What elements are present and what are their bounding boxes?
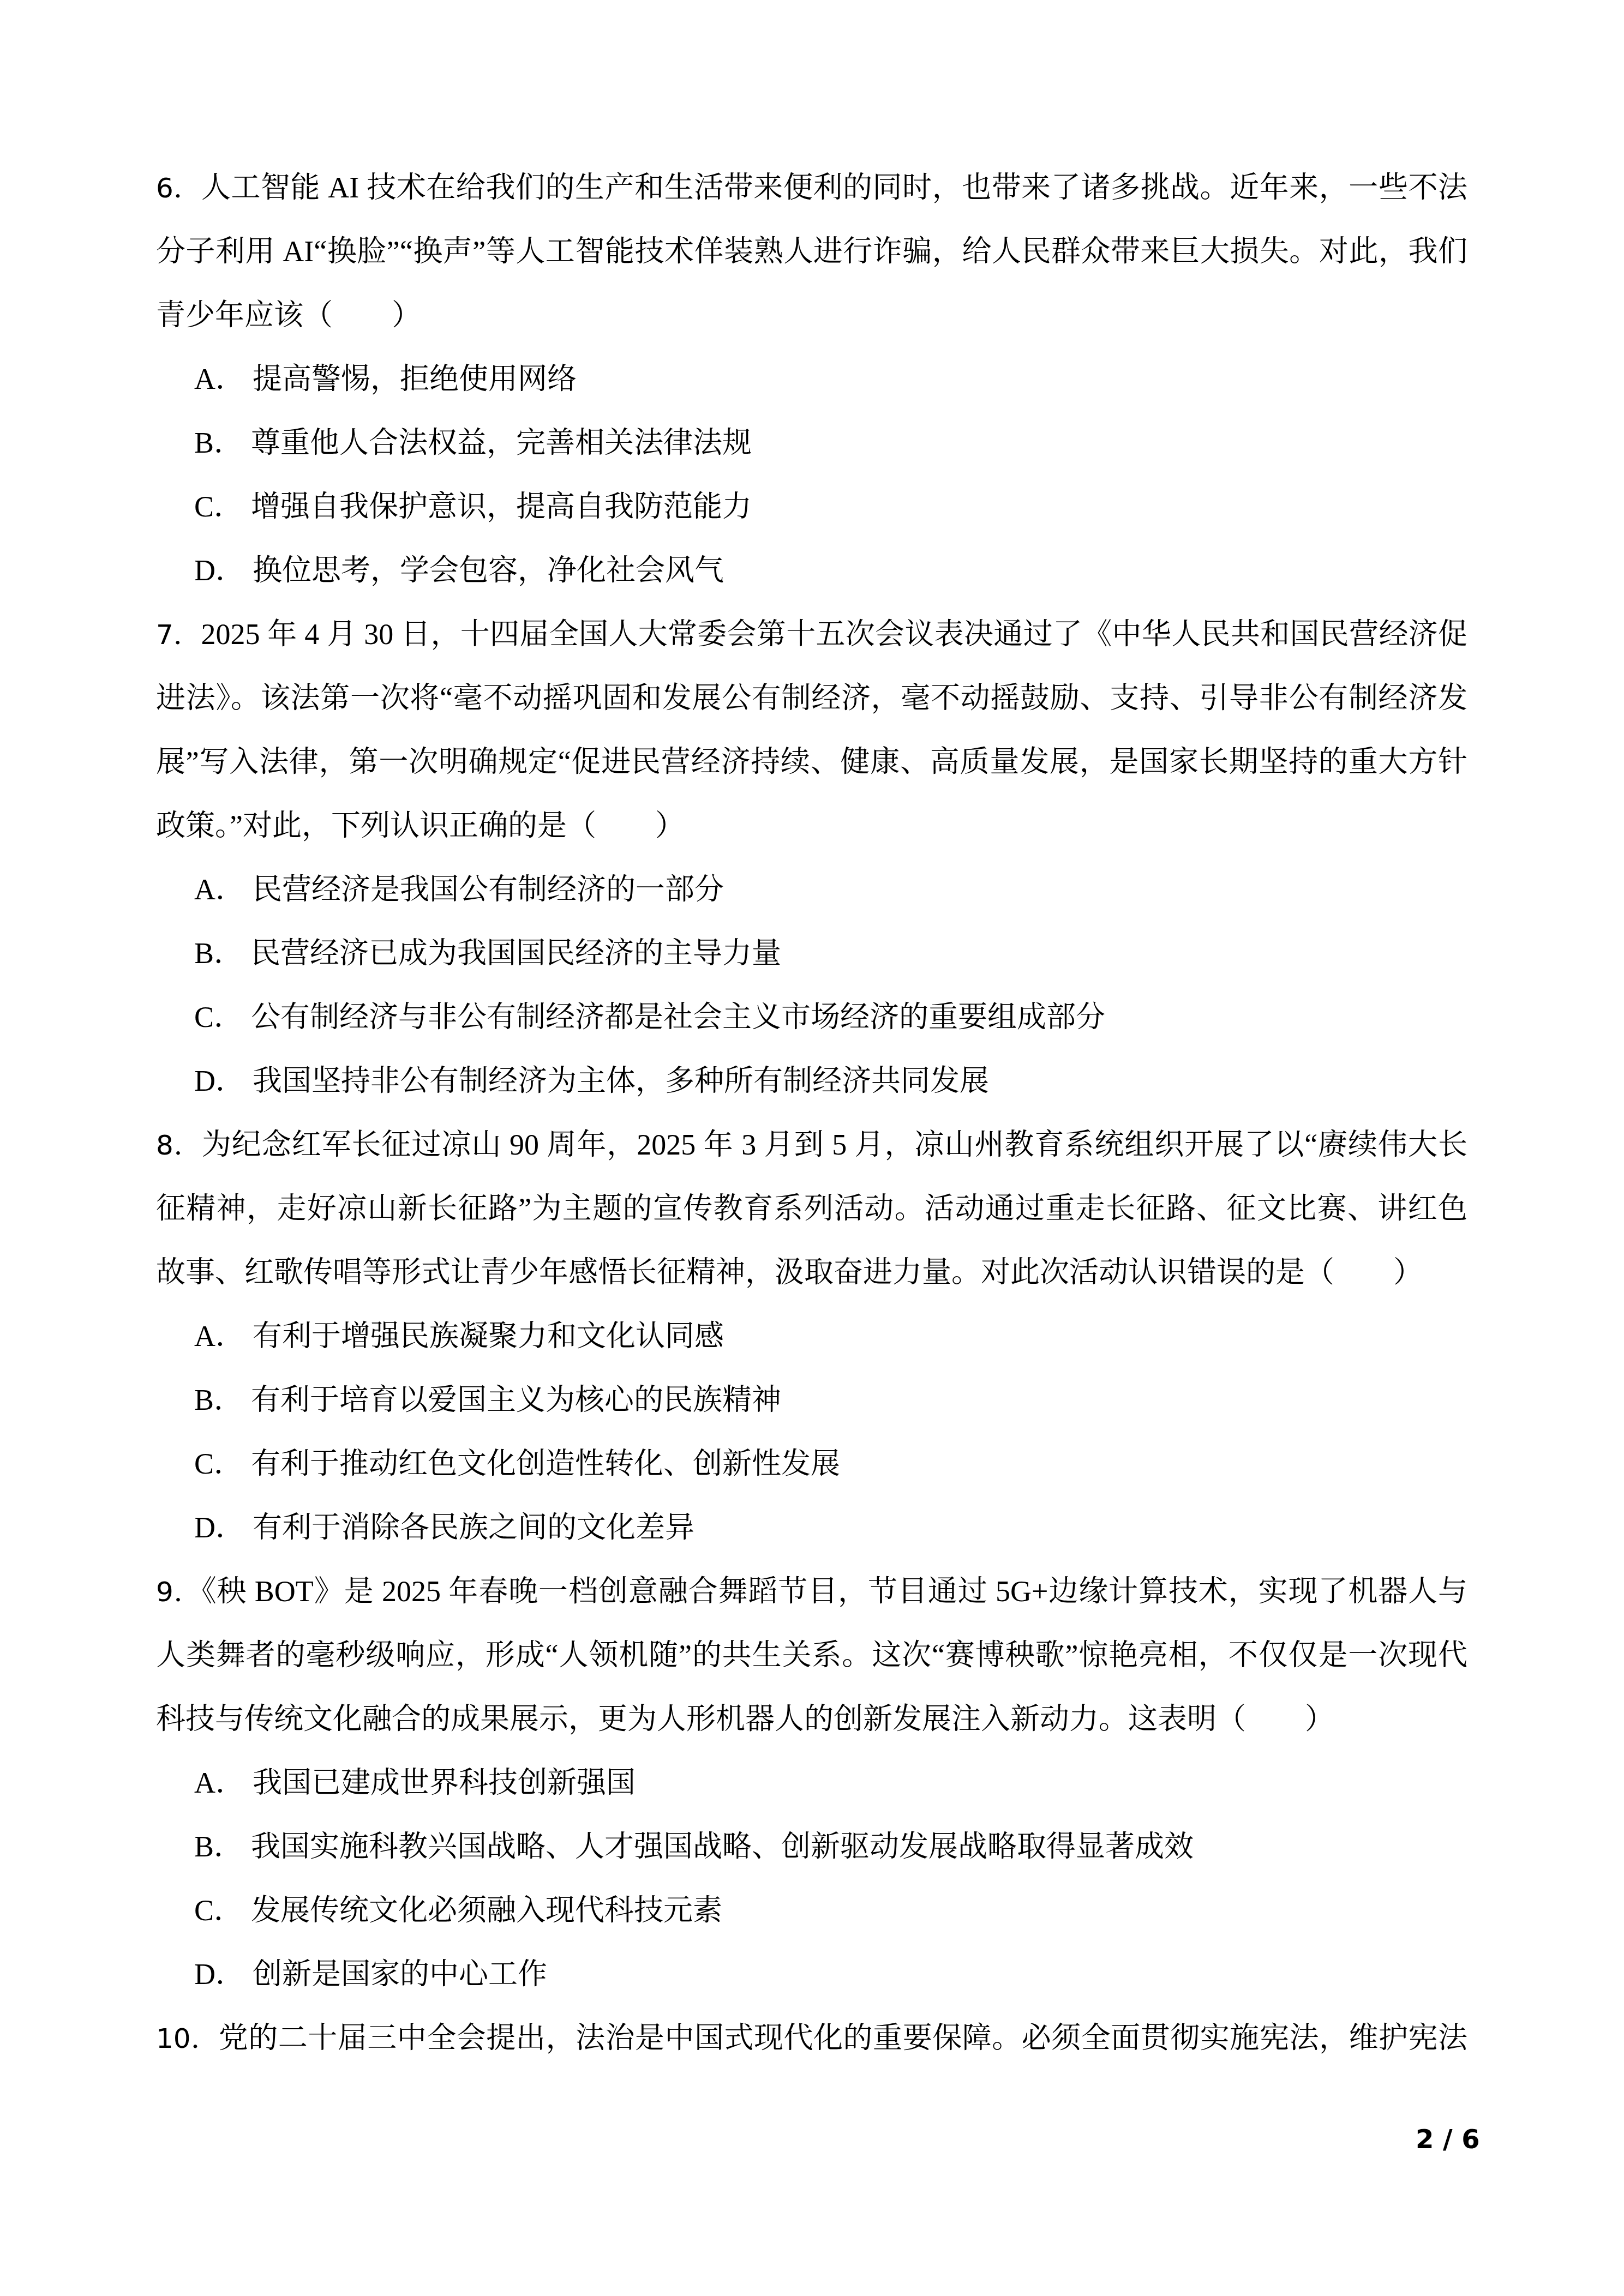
option-text: 创新是国家的中心工作 [253, 1958, 547, 1991]
document-page: 6．人工智能 AI 技术在给我们的生产和生活带来便利的同时，也带来了诸多挑战。近… [0, 0, 1624, 2296]
option-c[interactable]: C．发展传统文化必须融入现代科技元素 [194, 1894, 722, 1927]
question-6-line-2: 分子利用 AI“换脸”“换声”等人工智能技术佯装熟人进行诈骗，给人民群众带来巨大… [156, 235, 1467, 268]
question-text: 2025 年 4 月 30 日，十四届全国人大常委会第十五次会议表决通过了《中华… [201, 618, 1467, 651]
question-6-line-3: 青少年应该（ ） [156, 299, 1467, 332]
option-text: 有利于推动红色文化创造性转化、创新性发展 [251, 1447, 840, 1480]
option-text: 增强自我保护意识，提高自我防范能力 [251, 490, 752, 523]
option-d[interactable]: D．换位思考，学会包容，净化社会风气 [194, 554, 724, 587]
question-6-line-1: 6．人工智能 AI 技术在给我们的生产和生活带来便利的同时，也带来了诸多挑战。近… [156, 171, 1467, 204]
option-text: 我国坚持非公有制经济为主体，多种所有制经济共同发展 [253, 1065, 989, 1097]
option-label: C． [194, 1447, 243, 1480]
option-a[interactable]: A．我国已建成世界科技创新强国 [194, 1766, 636, 1799]
question-10-line-1: 10．党的二十届三中全会提出，法治是中国式现代化的重要保障。必须全面贯彻实施宪法… [156, 2022, 1467, 2054]
option-text: 提高警惕，拒绝使用网络 [253, 363, 577, 395]
question-text: 党的二十届三中全会提出，法治是中国式现代化的重要保障。必须全面贯彻实施宪法，维护… [219, 2022, 1467, 2054]
option-text: 我国已建成世界科技创新强国 [253, 1766, 636, 1799]
question-7-line-1: 7．2025 年 4 月 30 日，十四届全国人大常委会第十五次会议表决通过了《… [156, 618, 1467, 651]
option-b[interactable]: B．尊重他人合法权益，完善相关法律法规 [194, 426, 752, 459]
question-number: 9． [156, 1576, 202, 1608]
option-text: 换位思考，学会包容，净化社会风气 [253, 554, 724, 587]
option-c[interactable]: C．有利于推动红色文化创造性转化、创新性发展 [194, 1447, 840, 1480]
question-9-line-3: 科技与传统文化融合的成果展示，更为人形机器人的创新发展注入新动力。这表明（ ） [156, 1703, 1467, 1735]
option-label: D． [194, 1511, 245, 1544]
question-number: 8． [156, 1129, 202, 1161]
question-9-line-1: 9．《秧 BOT》是 2025 年春晚一档创意融合舞蹈节目，节目通过 5G+边缘… [156, 1575, 1467, 1608]
option-text: 民营经济已成为我国国民经济的主导力量 [251, 937, 781, 970]
question-7-line-3: 展”写入法律，第一次明确规定“促进民营经济持续、健康、高质量发展，是国家长期坚持… [156, 746, 1467, 778]
question-8-line-3: 故事、红歌传唱等形式让青少年感悟长征精神，汲取奋进力量。对此次活动认识错误的是（… [156, 1256, 1467, 1289]
page-number: 2 / 6 [1416, 2124, 1480, 2155]
option-text: 有利于消除各民族之间的文化差异 [253, 1511, 694, 1544]
option-label: A． [194, 1320, 245, 1353]
option-label: C． [194, 490, 243, 523]
option-a[interactable]: A．提高警惕，拒绝使用网络 [194, 363, 577, 395]
option-label: A． [194, 363, 245, 395]
question-number: 6． [156, 172, 201, 204]
question-7-line-4: 政策。”对此，下列认识正确的是（ ） [156, 809, 1467, 842]
option-d[interactable]: D．我国坚持非公有制经济为主体，多种所有制经济共同发展 [194, 1065, 989, 1097]
option-d[interactable]: D．创新是国家的中心工作 [194, 1958, 547, 1991]
option-b[interactable]: B．有利于培育以爱国主义为核心的民族精神 [194, 1384, 781, 1416]
question-text: 人工智能 AI 技术在给我们的生产和生活带来便利的同时，也带来了诸多挑战。近年来… [201, 171, 1467, 204]
question-number: 10． [156, 2023, 219, 2054]
option-label: A． [194, 873, 245, 906]
option-text: 有利于培育以爱国主义为核心的民族精神 [251, 1384, 781, 1416]
option-label: B． [194, 1830, 243, 1863]
option-a[interactable]: A．民营经济是我国公有制经济的一部分 [194, 873, 724, 906]
option-a[interactable]: A．有利于增强民族凝聚力和文化认同感 [194, 1320, 724, 1353]
option-label: B． [194, 937, 243, 970]
option-label: B． [194, 1384, 243, 1416]
option-label: C． [194, 1001, 243, 1033]
question-8-line-2: 征精神，走好凉山新长征路”为主题的宣传教育系列活动。活动通过重走长征路、征文比赛… [156, 1192, 1467, 1225]
option-text: 公有制经济与非公有制经济都是社会主义市场经济的重要组成部分 [251, 1001, 1105, 1033]
question-text: 《秧 BOT》是 2025 年春晚一档创意融合舞蹈节目，节目通过 5G+边缘计算… [202, 1575, 1467, 1608]
option-c[interactable]: C．公有制经济与非公有制经济都是社会主义市场经济的重要组成部分 [194, 1001, 1105, 1033]
option-label: D． [194, 554, 245, 587]
option-label: C． [194, 1894, 243, 1927]
option-text: 我国实施科教兴国战略、人才强国战略、创新驱动发展战略取得显著成效 [251, 1830, 1194, 1863]
question-7-line-2: 进法》。该法第一次将“毫不动摇巩固和发展公有制经济，毫不动摇鼓励、支持、引导非公… [156, 682, 1467, 714]
question-9-line-2: 人类舞者的毫秒级响应，形成“人领机随”的共生关系。这次“赛博秧歌”惊艳亮相，不仅… [156, 1639, 1467, 1672]
option-d[interactable]: D．有利于消除各民族之间的文化差异 [194, 1511, 694, 1544]
question-number: 7． [156, 619, 201, 651]
option-text: 民营经济是我国公有制经济的一部分 [253, 873, 724, 906]
option-c[interactable]: C．增强自我保护意识，提高自我防范能力 [194, 490, 752, 523]
option-text: 有利于增强民族凝聚力和文化认同感 [253, 1320, 724, 1353]
option-label: D． [194, 1065, 245, 1097]
option-b[interactable]: B．我国实施科教兴国战略、人才强国战略、创新驱动发展战略取得显著成效 [194, 1830, 1194, 1863]
option-b[interactable]: B．民营经济已成为我国国民经济的主导力量 [194, 937, 781, 970]
question-text: 为纪念红军长征过凉山 90 周年，2025 年 3 月到 5 月，凉山州教育系统… [202, 1128, 1467, 1161]
option-text: 尊重他人合法权益，完善相关法律法规 [251, 426, 752, 459]
option-label: A． [194, 1766, 245, 1799]
option-text: 发展传统文化必须融入现代科技元素 [251, 1894, 722, 1927]
question-8-line-1: 8．为纪念红军长征过凉山 90 周年，2025 年 3 月到 5 月，凉山州教育… [156, 1128, 1467, 1161]
option-label: B． [194, 426, 243, 459]
option-label: D． [194, 1958, 245, 1991]
